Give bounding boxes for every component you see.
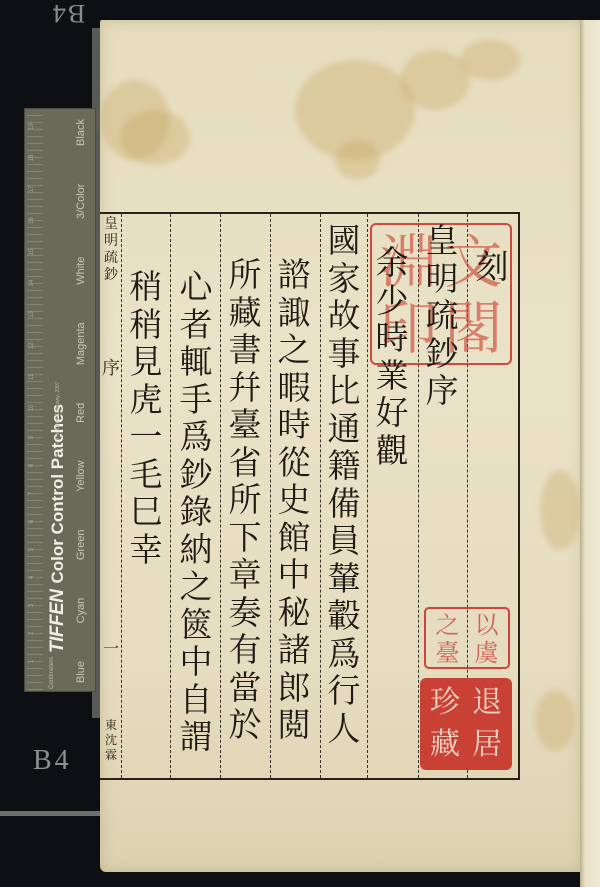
text-column-6: 所藏書幷臺省所下章奏有當於 — [223, 256, 267, 744]
ruler-number: 16 — [29, 217, 35, 224]
glyph: 諏 — [278, 294, 311, 332]
patch-label: White — [75, 257, 87, 285]
ruler-number: 9 — [29, 436, 35, 439]
glyph: 暇 — [278, 369, 311, 407]
column-rule — [367, 214, 368, 778]
glyph: 虎 — [130, 381, 163, 419]
glyph: 手 — [180, 381, 213, 419]
collector-seal-small: 之 以 臺 虞 — [424, 607, 510, 669]
glyph: 一 — [103, 640, 119, 657]
glyph: 觀 — [376, 432, 409, 470]
glyph: 鈔 — [104, 267, 118, 284]
patch-label: Blue — [75, 661, 87, 683]
glyph: 通 — [328, 410, 361, 448]
glyph: 員 — [328, 522, 361, 560]
glyph: 者 — [180, 306, 213, 344]
glyph: 好 — [376, 394, 409, 432]
glyph: 錄 — [180, 493, 213, 531]
text-column-7: 心者輒手爲鈔錄納之篋中自謂 — [174, 268, 218, 756]
text-column-1: 刻 — [470, 248, 514, 286]
glyph: 沈 — [105, 733, 117, 748]
seal-glyph: 藏 — [424, 724, 466, 766]
seal-glyph: 之 — [428, 611, 467, 639]
glyph: 稍 — [130, 268, 163, 306]
column-rule — [270, 214, 271, 778]
next-page-edge — [580, 20, 600, 887]
glyph: 備 — [328, 485, 361, 523]
water-stain — [335, 140, 380, 180]
glyph: 之 — [180, 568, 213, 606]
scan-label-top: B4 — [48, 0, 88, 28]
glyph: 人 — [328, 710, 361, 748]
ruler-calibration-label: Centimeters — [49, 657, 55, 689]
glyph: 自 — [180, 681, 213, 719]
glyph: 爲 — [180, 418, 213, 456]
text-column-4: 國家故事比通籍備員輦轂爲行人 — [322, 222, 366, 747]
ruler-number: 8 — [29, 464, 35, 467]
glyph: 所 — [229, 481, 262, 519]
seal-glyph: 退 — [466, 682, 508, 724]
glyph: 疏 — [104, 250, 118, 267]
text-column-3: 余少時業好觀 — [370, 244, 414, 469]
glyph: 故 — [328, 297, 361, 335]
color-calibration-ruler: 1 2 3 4 5 6 7 8 9 10 11 12 13 14 15 16 1… — [24, 108, 96, 692]
ruler-number: 12 — [29, 342, 35, 349]
ruler-number: 3 — [29, 604, 35, 607]
glyph: 之 — [278, 331, 311, 369]
water-stain — [540, 470, 580, 550]
glyph: 皇 — [104, 216, 118, 233]
glyph: 郎 — [278, 669, 311, 707]
glyph: 奏 — [229, 594, 262, 632]
glyph: 序 — [426, 372, 459, 410]
glyph: 納 — [180, 531, 213, 569]
scan-divider-bar — [0, 811, 100, 816]
patch-label: Red — [75, 403, 87, 423]
ruler-number: 10 — [29, 405, 35, 412]
glyph: 中 — [278, 556, 311, 594]
glyph: 於 — [229, 706, 262, 744]
column-rule — [121, 214, 122, 778]
ruler-number: 15 — [29, 248, 35, 255]
glyph: 諸 — [278, 631, 311, 669]
glyph: 行 — [328, 672, 361, 710]
patch-label: Black — [75, 119, 87, 146]
glyph: 鈔 — [426, 335, 459, 373]
glyph: 書 — [229, 331, 262, 369]
glyph: 從 — [278, 444, 311, 482]
ruler-number: 14 — [29, 280, 35, 287]
glyph: 諮 — [278, 256, 311, 294]
ruler-number: 1 — [29, 660, 35, 663]
seal-glyph: 以 — [467, 611, 506, 639]
column-rule — [320, 214, 321, 778]
glyph: 謂 — [180, 718, 213, 756]
tiffen-logo: TIFFEN — [47, 590, 68, 654]
patch-label: 3/Color — [75, 184, 87, 219]
banxin-page-number: 一 — [101, 640, 121, 657]
ruler-number: 2 — [29, 632, 35, 635]
ruler-number: 4 — [29, 576, 35, 579]
glyph: 幷 — [229, 369, 262, 407]
glyph: 籍 — [328, 447, 361, 485]
glyph: 中 — [180, 643, 213, 681]
glyph: 霖 — [105, 748, 117, 763]
glyph: 心 — [180, 268, 213, 306]
glyph: 秘 — [278, 594, 311, 632]
seal-glyph: 居 — [466, 724, 508, 766]
water-stain — [120, 110, 190, 165]
glyph: 篋 — [180, 606, 213, 644]
banxin-title: 皇明疏鈔 — [101, 216, 121, 284]
patch-label: Green — [75, 530, 87, 561]
glyph: 皇 — [426, 222, 459, 260]
seal-glyph: 虞 — [467, 639, 506, 667]
glyph: 余 — [376, 244, 409, 282]
glyph: 東 — [105, 718, 117, 733]
glyph: 章 — [229, 556, 262, 594]
glyph: 明 — [104, 233, 118, 250]
ruler-copyright: © The Tiffen Company, 2007 — [55, 382, 61, 445]
glyph: 刻 — [476, 248, 509, 286]
glyph: 見 — [130, 343, 163, 381]
glyph: 藏 — [229, 294, 262, 332]
column-rule — [220, 214, 221, 778]
glyph: 時 — [278, 406, 311, 444]
water-stain — [535, 690, 575, 750]
glyph: 巳 — [130, 493, 163, 531]
glyph: 鈔 — [180, 456, 213, 494]
text-column-8: 稍稍見虎一毛巳幸 — [124, 268, 168, 568]
glyph: 當 — [229, 669, 262, 707]
ruler-number: 7 — [29, 492, 35, 495]
glyph: 國 — [328, 222, 361, 260]
ruler-number: 18 — [29, 155, 35, 162]
glyph: 所 — [229, 256, 262, 294]
ruler-number: 17 — [29, 186, 35, 193]
glyph: 省 — [229, 444, 262, 482]
glyph: 時 — [376, 319, 409, 357]
glyph: 臺 — [229, 406, 262, 444]
glyph: 輦 — [328, 560, 361, 598]
ruler-number: 6 — [29, 520, 35, 523]
glyph: 一 — [130, 418, 163, 456]
ruler-number: 13 — [29, 311, 35, 318]
ruler-number: 19 — [29, 123, 35, 130]
banxin-section: 序 — [101, 360, 121, 377]
water-stain — [460, 40, 520, 80]
glyph: 家 — [328, 260, 361, 298]
glyph: 比 — [328, 372, 361, 410]
glyph: 毛 — [130, 456, 163, 494]
glyph: 序 — [102, 360, 120, 377]
glyph: 有 — [229, 631, 262, 669]
seal-glyph: 臺 — [428, 639, 467, 667]
glyph: 業 — [376, 357, 409, 395]
glyph: 轂 — [328, 597, 361, 635]
glyph: 爲 — [328, 635, 361, 673]
scan-label-bottom: B4 — [33, 745, 77, 777]
patch-label: Magenta — [75, 322, 87, 365]
color-patch-labels: Blue Cyan Green Yellow Red Magenta White… — [75, 109, 87, 693]
glyph: 稍 — [130, 306, 163, 344]
glyph: 疏 — [426, 297, 459, 335]
glyph: 輒 — [180, 343, 213, 381]
glyph: 下 — [229, 519, 262, 557]
text-column-2: 皇明疏鈔序 — [420, 222, 464, 410]
ruler-number: 5 — [29, 548, 35, 551]
glyph: 史 — [278, 481, 311, 519]
patch-label: Yellow — [75, 461, 87, 492]
banxin-carver-name: 東沈霖 — [101, 718, 121, 763]
seal-glyph: 珍 — [424, 682, 466, 724]
ruler-number: 11 — [29, 374, 35, 380]
glyph: 少 — [376, 282, 409, 320]
ruler-scale: 1 2 3 4 5 6 7 8 9 10 11 12 13 14 15 16 1… — [29, 123, 35, 663]
column-rule — [170, 214, 171, 778]
glyph: 明 — [426, 260, 459, 298]
glyph: 幸 — [130, 531, 163, 569]
glyph: 館 — [278, 519, 311, 557]
glyph: 事 — [328, 335, 361, 373]
text-column-5: 諮諏之暇時從史館中秘諸郎閲 — [272, 256, 316, 744]
patch-label: Cyan — [75, 598, 87, 624]
glyph: 閲 — [278, 706, 311, 744]
collector-seal-red: 珍 退 藏 居 — [420, 678, 512, 770]
